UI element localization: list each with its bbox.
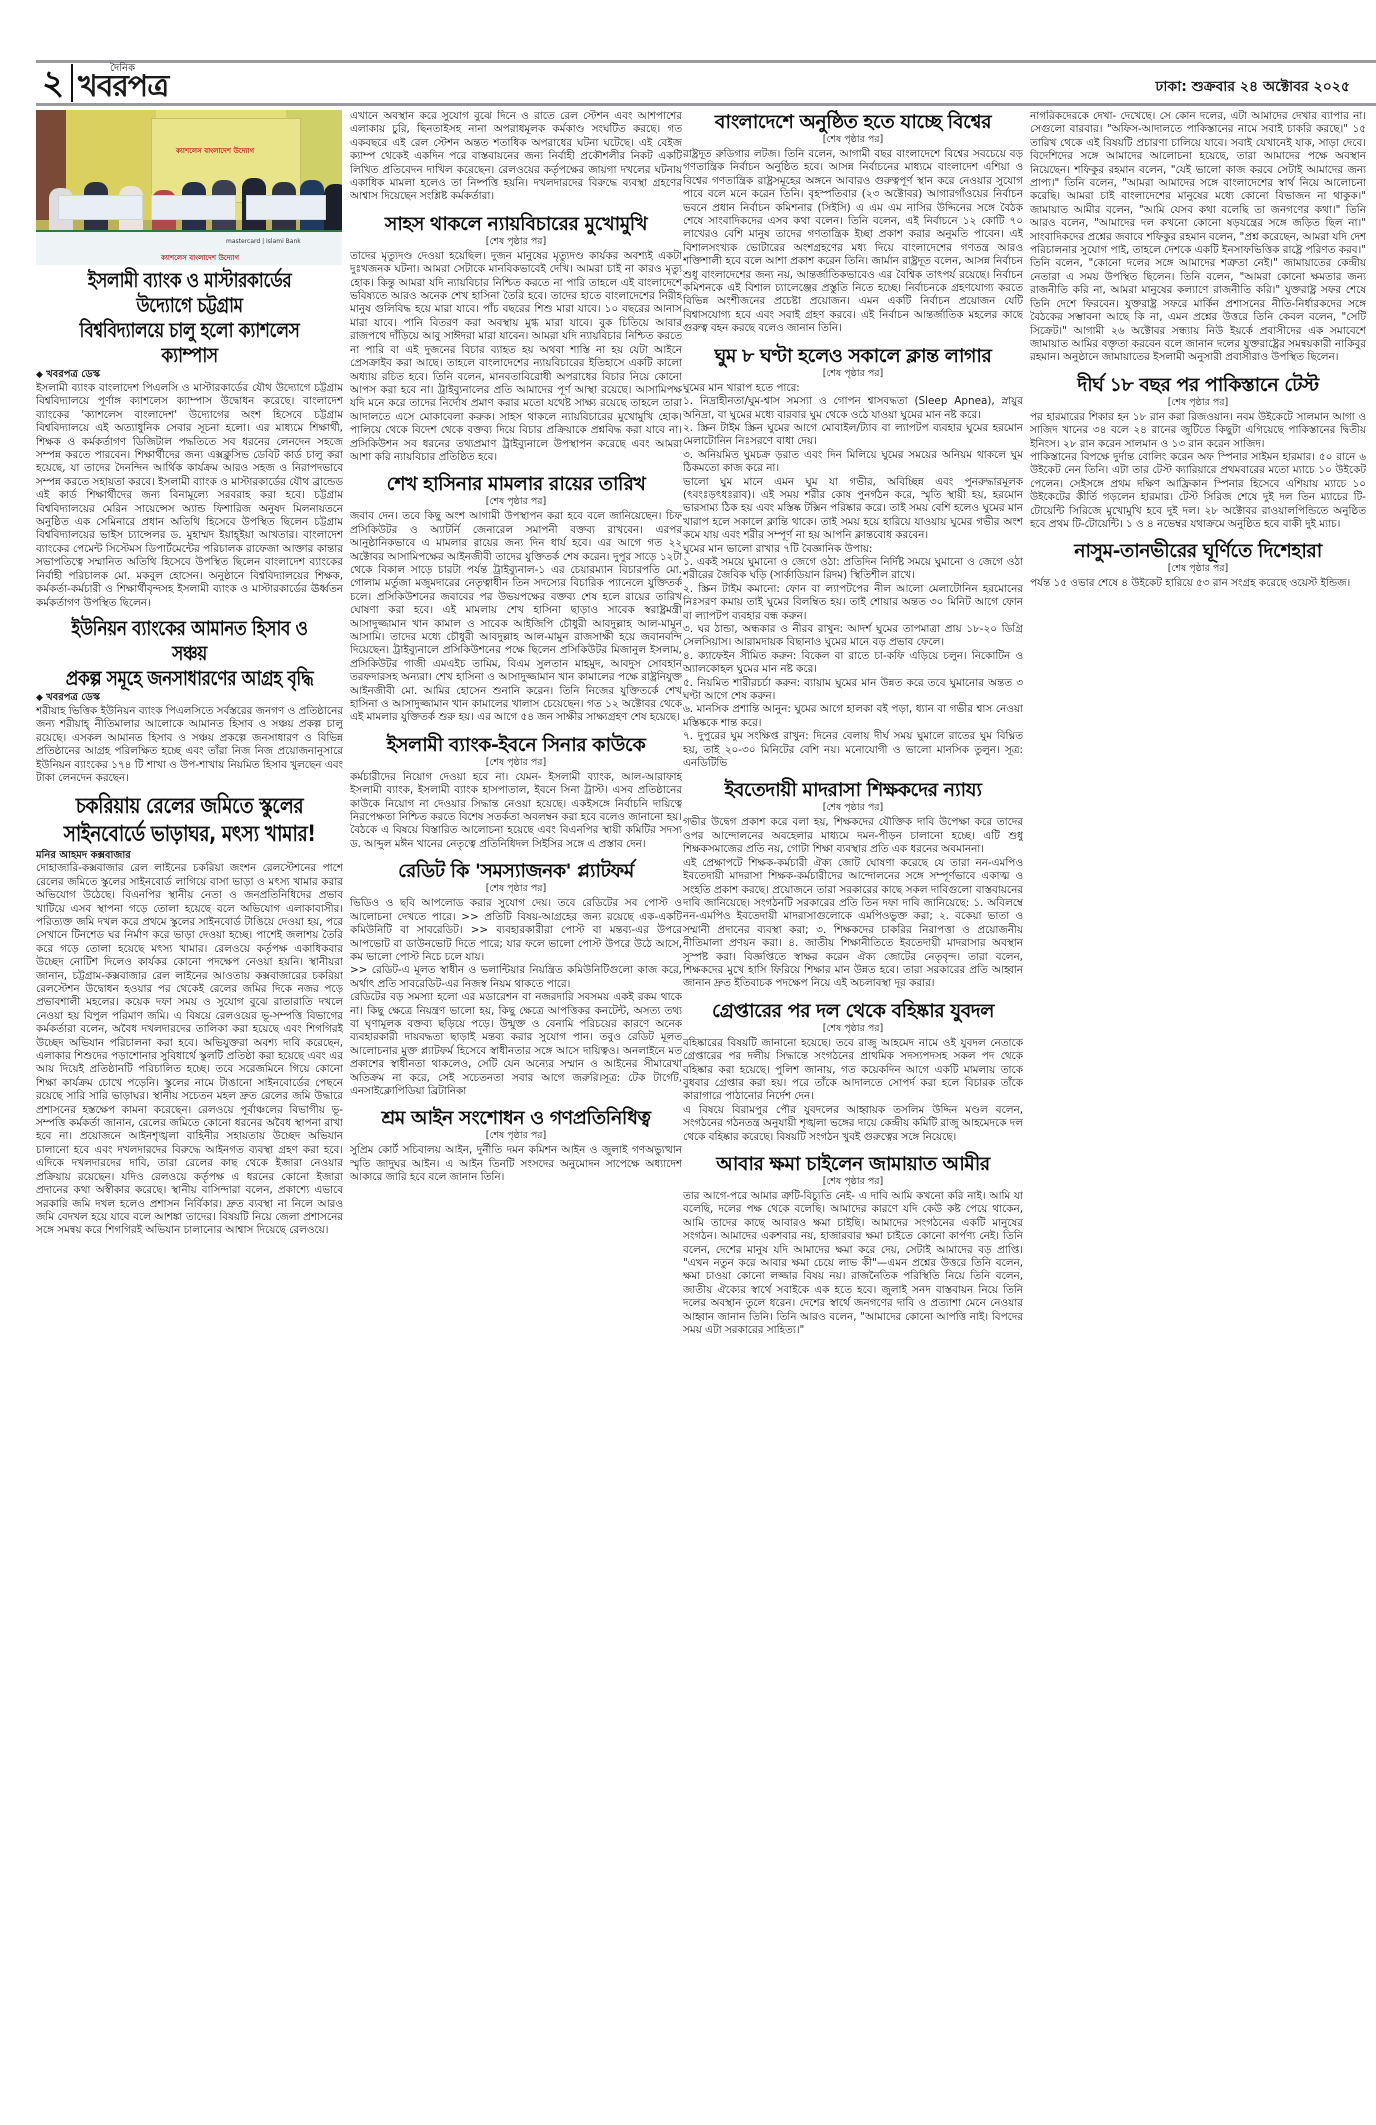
headline-jamaat-apology: আবার ক্ষমা চাইলেন জামায়াত আমীর [683,1152,1023,1176]
list-item: ৩. অনিয়মিত ঘুমচক্র ড়রাত এবং দিন মিলিয়… [683,449,1023,476]
photo-card [246,195,326,220]
continued-label: [শেষ পৃষ্ঠার পর] [350,883,682,895]
article-body: রেডিটের বড় সমস্যা হলো এর মডারেশন বা নজর… [350,991,682,1098]
headline-pakistan-test: দীর্ঘ ১৮ বছর পর পাকিস্তানে টেস্ট [1030,373,1366,397]
list-item: ৫. নিয়মিত শারীরচর্চা করুন: ব্যায়াম ঘুম… [683,677,1023,704]
list-item: ৪. ক্যাফেইন সীমিত করুন: বিকেল বা রাতে চা… [683,650,1023,677]
headline-union-bank-1: ইউনিয়ন ব্যাংকের আমানত হিসাব ও সঞ্চয় [59,616,320,666]
article-body: >> রেডিট-এ মূলত স্বাধীন ও ভলান্টিয়ার নি… [350,964,682,991]
article-body: তাদের মৃত্যুদণ্ড দেওয়া হয়েছিল। দুজন মা… [350,250,682,465]
article-body: পর হারমারের শিকার হন ১৮ রান করা রিজওয়ান… [1030,411,1366,451]
photo-banner-text: ক্যাশলেস বাংলাদেশ উদ্যোগ [176,145,254,157]
column-3: বাংলাদেশে অনুষ্ঠিত হতে যাচ্ছে বিশ্বের [শ… [683,110,1023,2090]
masthead-divider [71,64,73,102]
headline-nasum: নাসুম-তানভীরের ঘূর্ণিতে দিশেহারা [1030,539,1366,563]
list-item: ৭. দুপুরের ঘুম সংক্ষিপ্ত রাখুন: দিনের বে… [683,730,1023,770]
article-body: ভালো ঘুম মানে এমন ঘুম যা গভীর, অবিচ্ছিন্… [683,476,1023,543]
continued-label: [শেষ পৃষ্ঠার পর] [350,757,682,769]
photo-brands: mastercard | Islami Bank [226,238,301,245]
dateline: ঢাকা: শুক্রবার ২৪ অক্টোবর ২০২৫ [1155,78,1350,96]
article-body: এ বিষয়ে বিরামপুর পৌর যুবদলের আহ্বায়ক ত… [683,1104,1023,1144]
headline-justice: সাহস থাকলে ন্যায়বিচারের মুখোমুখি [350,212,682,236]
diamond-icon: ◆ [36,693,46,703]
headline-sleep: ঘুম ৮ ঘণ্টা হলেও সকালে ক্লান্ত লাগার [683,344,1023,368]
headline-islami-mastercard-2: বিশ্ববিদ্যালয়ে চালু হলো ক্যাশলেস ক্যাম্… [59,318,320,368]
list-item: ১. নিদ্রাহীনতা/ঘুম-শ্বাস সমস্যা ও গোপন শ… [683,395,1023,422]
column-4: নাগরিকদেরকে দেখা- দেখেছে। সে কোন দলের, এ… [1030,110,1366,2110]
byline: ◆ খবরপত্র ডেস্ক [36,368,343,382]
headline-reddit: রেডিট কি 'সমস্যাজনক' প্ল্যাটফর্ম [350,859,682,883]
article-body: কর্মচারীদের নিয়োগ দেওয়া হবে না। যেমন- … [350,771,682,851]
headline-islami-ibne-sina: ইসলামী ব্যাংক-ইবনে সিনার কাউকে [350,733,682,757]
headline-islami-mastercard-1: ইসলামী ব্যাংক ও মাস্টারকার্ডের উদ্যোগে চ… [59,268,320,318]
article-body: এই প্রেক্ষাপটে শিক্ষক-কর্মচারী ঐক্য জোট … [683,857,1023,991]
continued-label: [শেষ পৃষ্ঠার পর] [350,1130,682,1142]
article-intro: ঘুমের মান খারাপ হতে পারে: [683,382,1023,395]
diamond-icon: ◆ [36,370,46,380]
article-body: জবাব দেন। তবে কিছু অংশ আগামী উপস্থাপন কর… [350,510,682,725]
headline-labour-law: শ্রম আইন সংশোধন ও গণপ্রতিনিধিত্ব [350,1106,682,1130]
article-body: ভিডিও ও ছবি আপলোড করার সুযোগ দেয়। তবে র… [350,897,682,964]
list-item: ১. একই সময়ে ঘুমানো ও জেগে ওঠা: প্রতিদিন… [683,556,1023,583]
column-1: ক্যাশলেস বাংলাদেশ উদ্যোগ mastercard | Is… [36,110,343,2110]
headline-madrasa: ইবতেদায়ী মাদরাসা শিক্ষকদের ন্যায্য [683,778,1023,802]
article-body: দোহাজারি-কক্সবাজার রেল লাইনের চকরিয়া জং… [36,862,343,1237]
continued-label: [শেষ পৃষ্ঠার পর] [1030,397,1366,409]
list-item: ৬. মানসিক প্রশান্তি আনুন: ঘুমের আগে হালক… [683,703,1023,730]
continued-label: [শেষ পৃষ্ঠার পর] [1030,563,1366,575]
news-photo: ক্যাশলেস বাংলাদেশ উদ্যোগ mastercard | Is… [36,110,342,265]
article-body: বহিষ্কারের বিষয়টি জানানো হয়েছে। তবে রা… [683,1037,1023,1104]
headline-verdict-date: শেখ হাসিনার মামলার রায়ের তারিখ [350,472,682,496]
continued-label: [শেষ পৃষ্ঠার পর] [683,1023,1023,1035]
continued-label: [শেষ পৃষ্ঠার পর] [683,368,1023,380]
continued-label: [শেষ পৃষ্ঠার পর] [683,134,1023,146]
photo-card [151,195,236,220]
column-2: এখানে অবস্থান করে সুযোগ বুঝে দিনে ও রাতে… [350,110,682,2110]
continued-label: [শেষ পৃষ্ঠার পর] [683,802,1023,814]
headline-chakaria-1: চকরিয়ায় রেলের জমিতে স্কুলের [59,793,320,821]
article-body: সুপ্রিম কোর্ট সচিবালয় আইন, দুর্নীতি দমন… [350,1144,682,1184]
headline-expelled: গ্রেপ্তারের পর দল থেকে বহিষ্কার যুবদল [683,999,1023,1023]
headline-union-bank-2: প্রকল্প সমূহে জনসাধারণের আগ্রহ বৃদ্ধি [59,666,320,691]
article-continuation: এখানে অবস্থান করে সুযোগ বুঝে দিনে ও রাতে… [350,110,682,204]
tips-heading: ঘুমের মান ভালো রাখার ৭টি বৈজ্ঞানিক উপায়… [683,543,1023,556]
paper-logo: খবরপত্র [78,70,168,104]
byline: ◆ খবরপত্র ডেস্ক [36,691,343,705]
masthead-bottom-rule [36,103,1376,106]
list-item: ২. স্ক্রিন টাইম স্ক্রিন ঘুমের আগে মোবাইল… [683,422,1023,449]
article-body: শরীয়াহ ভিত্তিক ইউনিয়ন ব্যাংক পিএলসিতে … [36,705,343,785]
article-body: ইসলামী ব্যাংক বাংলাদেশ পিএলসি ও মাস্টারক… [36,382,343,610]
headline-chakaria-2: সাইনবোর্ডে ভাড়াঘর, মৎস্য খামার! [59,821,320,849]
photo-strip-text: ক্যাশলেস বাংলাদেশ উদ্যোগ [161,252,239,264]
article-continuation: নাগরিকদেরকে দেখা- দেখেছে। সে কোন দলের, এ… [1030,110,1366,365]
article-body: পাকিস্তানের বিপক্ষে দুর্দান্ত বোলিং করেন… [1030,451,1366,531]
article-body: রাষ্ট্রদূত রুডিগার লটজ। তিনি বলেন, আগামী… [683,148,1023,336]
continued-label: [শেষ পৃষ্ঠার পর] [683,1176,1023,1188]
list-item: ৩. ঘর ঠান্ডা, অন্ধকার ও নীরব রাখুন: আদর্… [683,623,1023,650]
list-item: ২. স্ক্রিন টাইম কমানো: ফোন বা ল্যাপটপের … [683,583,1023,623]
byline: মনির আহমদ কক্সবাজার [36,849,343,862]
photo-card [58,195,143,220]
article-body: গভীর উদ্বেগ প্রকাশ করে বলা হয়, শিক্ষকদে… [683,816,1023,856]
continued-label: [শেষ পৃষ্ঠার পর] [350,236,682,248]
continued-label: [শেষ পৃষ্ঠার পর] [350,496,682,508]
page-number: ২ [42,64,64,102]
masthead-top-rule [36,60,1376,63]
article-body: পর্যন্ত ১৫ ওভার শেষে ৪ উইকেট হারিয়ে ৫৩ … [1030,577,1366,590]
headline-world-event: বাংলাদেশে অনুষ্ঠিত হতে যাচ্ছে বিশ্বের [683,110,1023,134]
article-body: তার আগে-পরে আমার ত্রুটি-বিচ্যুতি নেই- এ … [683,1190,1023,1337]
